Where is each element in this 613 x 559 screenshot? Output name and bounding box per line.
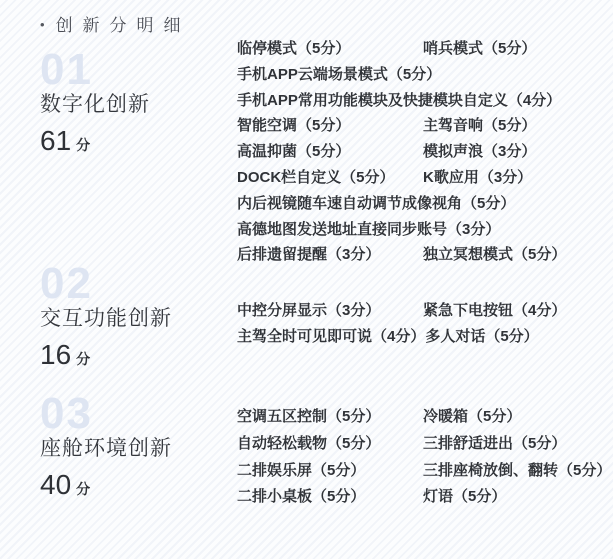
feature-row: 中控分屏显示（3分）紧急下电按钮（4分） [237,298,611,324]
feature-item: 模拟声浪（3分） [423,139,609,165]
feature-row: 空调五区控制（5分）冷暖箱（5分） [237,404,611,431]
feature-row: 自动轻松载物（5分）三排舒适进出（5分） [237,431,611,458]
feature-item: 三排座椅放倒、翻转（5分） [423,458,611,485]
feature-item: 手机APP云端场景模式（5分） [237,62,441,88]
slide-canvas: •创新分明细 01 数字化创新 61分 临停模式（5分）哨兵模式（5分）手机AP… [0,0,613,559]
section-3-title: 座舱环境创新 [40,436,235,461]
section-1-header: 01 数字化创新 61分 [40,50,235,157]
feature-item: 二排娱乐屏（5分） [237,458,423,485]
feature-row: 二排小桌板（5分）灯语（5分） [237,484,611,511]
section-2-title: 交互功能创新 [40,306,235,331]
section-2-score-unit: 分 [76,351,90,367]
section-3-number: 03 [40,394,235,434]
feature-row: 临停模式（5分）哨兵模式（5分） [237,36,609,62]
feature-item: 内后视镜随车速自动调节成像视角（5分） [237,191,515,217]
section-2-feature-list: 中控分屏显示（3分）紧急下电按钮（4分）主驾全时可见即可说（4分）多人对话（5分… [237,298,611,350]
feature-row: 高德地图发送地址直接同步账号（3分） [237,217,609,243]
feature-item: 手机APP常用功能模块及快捷模块自定义（4分） [237,88,561,114]
section-1-score: 61分 [40,125,235,157]
feature-item: K歌应用（3分） [423,165,609,191]
section-3-score: 40分 [40,469,235,501]
feature-item: 二排小桌板（5分） [237,484,423,511]
feature-item: DOCK栏自定义（5分） [237,165,423,191]
feature-item: 智能空调（5分） [237,113,423,139]
section-2-header: 02 交互功能创新 16分 [40,264,235,371]
feature-row: 智能空调（5分）主驾音响（5分） [237,113,609,139]
section-1-title: 数字化创新 [40,92,235,117]
section-2-number: 02 [40,264,235,304]
feature-item: 哨兵模式（5分） [423,36,609,62]
feature-item: 三排舒适进出（5分） [423,431,609,458]
section-3-score-value: 40 [40,469,71,500]
feature-item: 独立冥想模式（5分） [423,242,609,268]
feature-item: 灯语（5分） [423,484,609,511]
feature-row: DOCK栏自定义（5分）K歌应用（3分） [237,165,609,191]
section-2-score: 16分 [40,339,235,371]
feature-item: 自动轻松载物（5分） [237,431,423,458]
feature-row: 高温抑菌（5分）模拟声浪（3分） [237,139,609,165]
feature-item: 中控分屏显示（3分） [237,298,423,324]
feature-row: 手机APP常用功能模块及快捷模块自定义（4分） [237,88,609,114]
feature-row: 手机APP云端场景模式（5分） [237,62,609,88]
section-1-score-unit: 分 [76,137,90,153]
section-1-feature-list: 临停模式（5分）哨兵模式（5分）手机APP云端场景模式（5分）手机APP常用功能… [237,36,609,268]
section-2-score-value: 16 [40,339,71,370]
feature-row: 二排娱乐屏（5分）三排座椅放倒、翻转（5分） [237,458,611,485]
section-3-score-unit: 分 [76,481,90,497]
feature-row: 后排遗留提醒（3分）独立冥想模式（5分） [237,242,609,268]
section-3-feature-list: 空调五区控制（5分）冷暖箱（5分）自动轻松载物（5分）三排舒适进出（5分）二排娱… [237,404,611,511]
feature-item: 多人对话（5分） [425,324,611,350]
feature-item: 紧急下电按钮（4分） [423,298,609,324]
feature-item: 主驾全时可见即可说（4分） [237,324,425,350]
page-title: •创新分明细 [40,11,191,36]
page-title-text: 创新分明细 [56,16,191,35]
feature-item: 高温抑菌（5分） [237,139,423,165]
feature-row: 主驾全时可见即可说（4分）多人对话（5分） [237,324,611,350]
feature-item: 主驾音响（5分） [423,113,609,139]
section-1-score-value: 61 [40,125,71,156]
feature-item: 空调五区控制（5分） [237,404,423,431]
feature-item: 后排遗留提醒（3分） [237,242,423,268]
feature-item: 临停模式（5分） [237,36,423,62]
feature-item: 高德地图发送地址直接同步账号（3分） [237,217,500,243]
feature-item: 冷暖箱（5分） [423,404,609,431]
section-3-header: 03 座舱环境创新 40分 [40,394,235,501]
bullet-icon: • [40,17,45,32]
section-1-number: 01 [40,50,235,90]
feature-row: 内后视镜随车速自动调节成像视角（5分） [237,191,609,217]
